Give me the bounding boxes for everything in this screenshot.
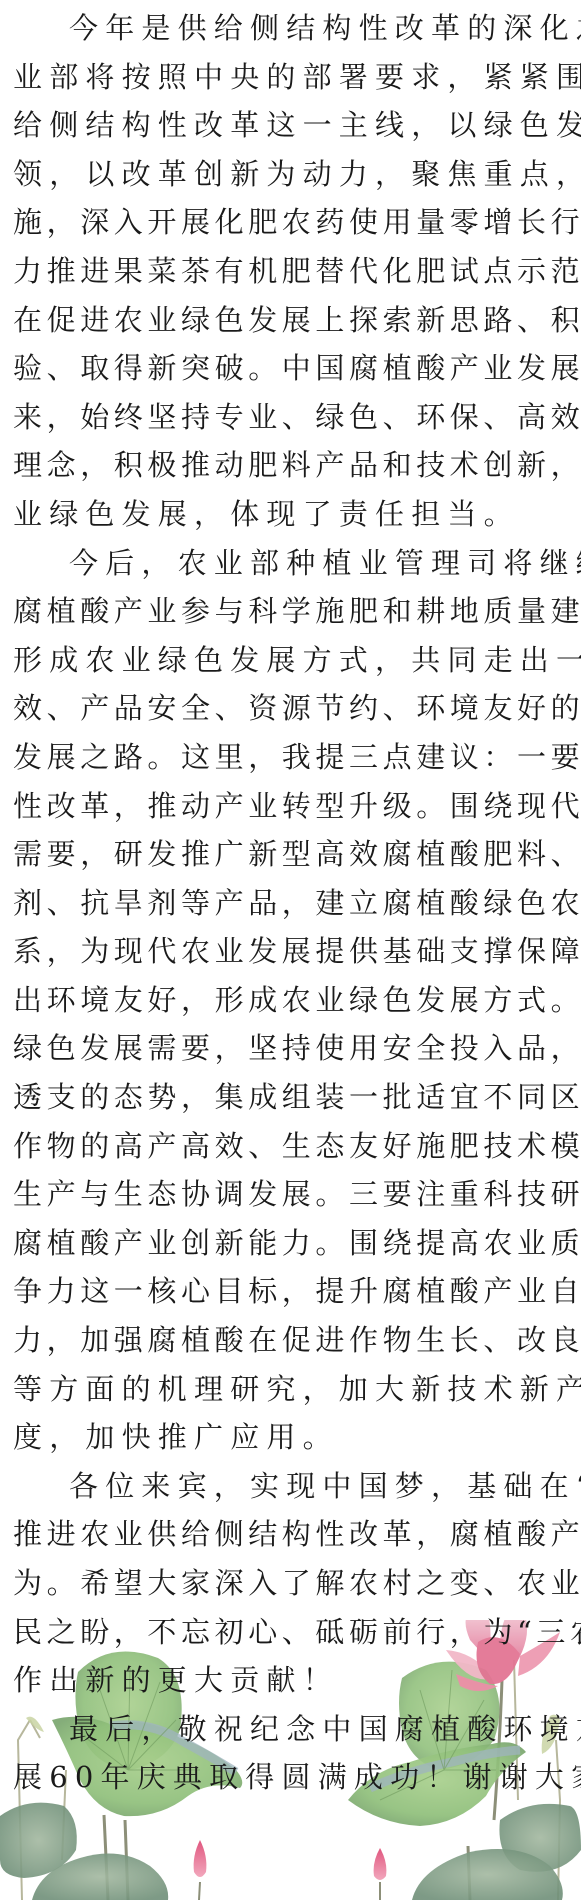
- text-line: 需要，研发推广新型高效腐植酸肥料、土壤调理: [13, 830, 573, 879]
- text-line: 为。希望大家深入了解农村之变、农业之需、农: [13, 1559, 573, 1608]
- text-line: 今年是供给侧结构性改革的深化之年。农: [13, 4, 573, 53]
- text-line: 民之盼，不忘初心、砥砺前行，为“三农”事业: [13, 1608, 573, 1657]
- text-line: 业部将按照中央的部署要求，紧紧围绕农业供: [13, 53, 573, 102]
- article-body: 今年是供给侧结构性改革的深化之年。农 业部将按照中央的部署要求，紧紧围绕农业供 …: [13, 4, 573, 1802]
- paragraph-4: 最后，敬祝纪念中国腐植酸环境友好产业发 展60年庆典取得圆满成功！谢谢大家！: [13, 1705, 573, 1802]
- text-line: 理念，积极推动肥料产品和技术创新，助力农: [13, 441, 573, 490]
- text-line: 效、产品安全、资源节约、环境友好的现代农业: [13, 684, 573, 733]
- text-line: 领，以改革创新为动力，聚焦重点，强化措: [13, 150, 573, 199]
- text-line: 作出新的更大贡献！: [13, 1656, 573, 1705]
- text-line: 透支的态势，集成组装一批适宜不同区域、不同: [13, 1073, 573, 1122]
- text-line: 发展之路。这里，我提三点建议：一要聚焦结构: [13, 733, 573, 782]
- text-line: 力推进果菜茶有机肥替代化肥试点示范，努力: [13, 247, 573, 296]
- text-line: 度，加快推广应用。: [13, 1413, 573, 1462]
- paragraph-2: 今后，农业部种植业管理司将继续支持中国 腐植酸产业参与科学施肥和耕地质量建设，加…: [13, 539, 573, 1462]
- text-line: 施，深入开展化肥农药使用量零增长行动，大: [13, 198, 573, 247]
- text-line: 腐植酸产业参与科学施肥和耕地质量建设，加快: [13, 587, 573, 636]
- paragraph-1: 今年是供给侧结构性改革的深化之年。农 业部将按照中央的部署要求，紧紧围绕农业供 …: [13, 4, 573, 539]
- text-line: 腐植酸产业创新能力。围绕提高农业质量效益竞: [13, 1219, 573, 1268]
- text-line: 在促进农业绿色发展上探索新思路、积累新经: [13, 296, 573, 345]
- text-line: 剂、抗旱剂等产品，建立腐植酸绿色农资生产体: [13, 879, 573, 928]
- paragraph-3: 各位来宾，实现中国梦，基础在“三农”。 推进农业供给侧结构性改革，腐植酸产业大有…: [13, 1462, 573, 1705]
- text-line: 争力这一核心目标，提升腐植酸产业自主创新能: [13, 1267, 573, 1316]
- text-line: 系，为现代农业发展提供基础支撑保障。二要突: [13, 927, 573, 976]
- text-line: 推进农业供给侧结构性改革，腐植酸产业大有可: [13, 1510, 573, 1559]
- text-line: 验、取得新突破。中国腐植酸产业发展六十年: [13, 344, 573, 393]
- text-line: 生产与生态协调发展。三要注重科技研发，提升: [13, 1170, 573, 1219]
- text-line: 来，始终坚持专业、绿色、环保、高效的发展: [13, 393, 573, 442]
- text-line: 作物的高产高效、生态友好施肥技术模式，促进: [13, 1122, 573, 1171]
- text-line: 今后，农业部种植业管理司将继续支持中国: [13, 539, 573, 588]
- text-line: 各位来宾，实现中国梦，基础在“三农”。: [13, 1462, 573, 1511]
- text-line: 等方面的机理研究，加大新技术新产品研发力: [13, 1365, 573, 1414]
- text-line: 力，加强腐植酸在促进作物生长、改良修复土壤: [13, 1316, 573, 1365]
- text-line: 形成农业绿色发展方式，共同走出一条产出高: [13, 636, 573, 685]
- text-line: 绿色发展需要，坚持使用安全投入品，遏制环境: [13, 1024, 573, 1073]
- text-line: 最后，敬祝纪念中国腐植酸环境友好产业发: [13, 1705, 573, 1754]
- text-line: 出环境友好，形成农业绿色发展方式。适应农业: [13, 976, 573, 1025]
- text-line: 给侧结构性改革这一主线，以绿色发展为引: [13, 101, 573, 150]
- text-line: 业绿色发展，体现了责任担当。: [13, 490, 573, 539]
- text-line: 展60年庆典取得圆满成功！谢谢大家！: [13, 1753, 573, 1802]
- text-line: 性改革，推动产业转型升级。围绕现代农业发展: [13, 782, 573, 831]
